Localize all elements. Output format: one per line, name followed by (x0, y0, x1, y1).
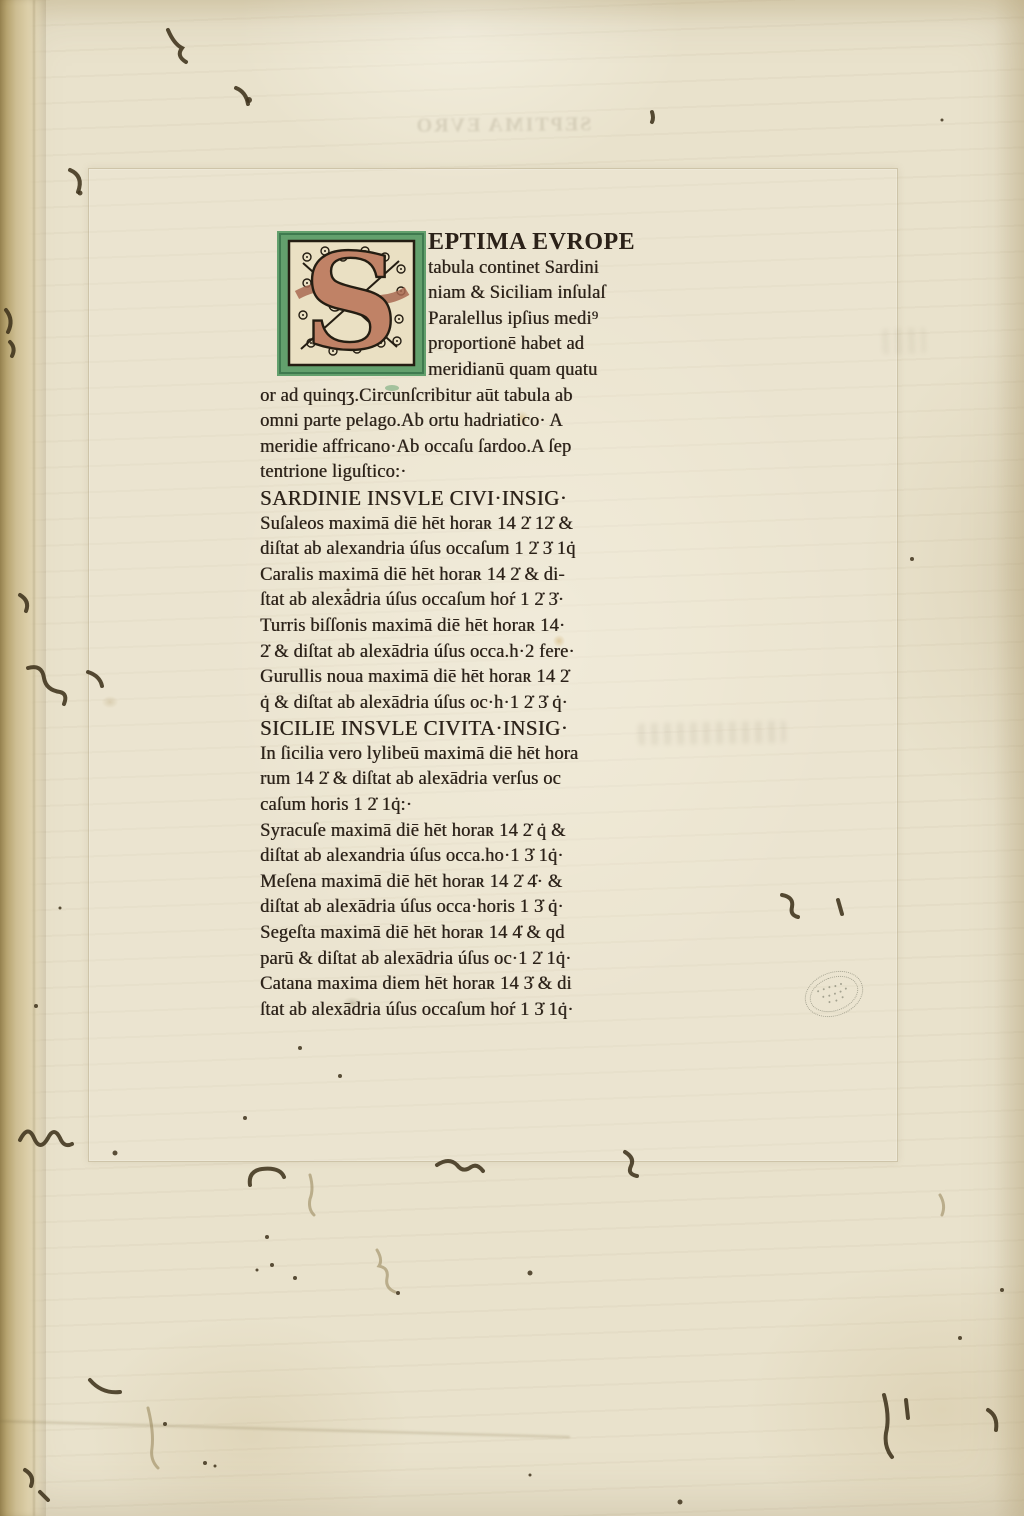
text-line: tabula continet Sardini (428, 256, 632, 282)
text-line: meridianū quam quatu (428, 358, 632, 384)
book-page-scan: SEPTIMA EVRO S EPTIMA EVROPEtabula c (0, 0, 1024, 1516)
text-line: Syracuſe maximā diē hēt horaʀ 14 2̇ q̇ & (260, 819, 632, 845)
text-line: EPTIMA EVROPE (428, 230, 632, 256)
text-line: or ad quinqʒ.Circunſcribitur aūt tabula … (260, 384, 632, 410)
text-line: 2̇ & diſtat ab alexādria úſus occa.h·2 f… (260, 640, 632, 666)
text-column: EPTIMA EVROPEtabula continet Sardininiam… (260, 230, 632, 1023)
showthrough-smudge (882, 327, 927, 355)
text-line: Catana maxima diem hēt horaʀ 14 3̇ & di (260, 972, 632, 998)
text-line: omni parte pelago.Ab ortu hadriatico· A (260, 409, 632, 435)
text-line: Segeſta maximā diē hēt horaʀ 14 4̇ & qd (260, 921, 632, 947)
text-line: parū & diſtat ab alexādria úſus oc·1 2̇ … (260, 947, 632, 973)
text-line: ſtat ab alexādria úſus occaſum hoŕ 1 2̇ … (260, 588, 632, 614)
text-line: diſtat ab alexandria úſus occa.ho·1 3̇ 1… (260, 844, 632, 870)
text-line: proportionē habet ad (428, 332, 632, 358)
showthrough-title: SEPTIMA EVRO (368, 113, 638, 138)
text-line: In ſicilia vero lylibeū maximā diē hēt h… (260, 742, 632, 768)
text-line: tentrione liguſtico:· (260, 460, 632, 486)
text-line: SICILIE INSVLE CIVITA·INSIG· (260, 716, 632, 742)
text-line: Paralellus ipſius medi⁹ (428, 307, 632, 333)
text-line: Gurullis noua maximā diē hēt horaʀ 14 2̇ (260, 665, 632, 691)
text-line: SARDINIE INSVLE CIVI·INSIG· (260, 486, 632, 512)
text-line: niam & Siciliam inſulaſ (428, 281, 632, 307)
text-line: Suſaleos maximā diē hēt horaʀ 14 2̇ 12̇ … (260, 512, 632, 538)
showthrough-smudge (638, 721, 786, 746)
text-line: Meſena maximā diē hēt horaʀ 14 2̇ 4̇· & (260, 870, 632, 896)
vertical-crease (33, 0, 35, 1516)
text-line: caſum horis 1 2̇ 1q̇:· (260, 793, 632, 819)
text-line: meridie affricano·Ab occaſu ſardoo.A ſep (260, 435, 632, 461)
text-line: diſtat ab alexādria úſus occa·horis 1 3̇… (260, 895, 632, 921)
text-line: ſtat ab alexādria úſus occaſum hoŕ 1 3̇ … (260, 998, 632, 1024)
text-line: rum 14 2̇ & diſtat ab alexādria verſus o… (260, 767, 632, 793)
binding-edge (0, 0, 46, 1516)
text-line: diſtat ab alexandria úſus occaſum 1 2̇ 3… (260, 537, 632, 563)
text-line: q̇ & diſtat ab alexādria úſus oc·h·1 2̇ … (260, 691, 632, 717)
text-line: Turris biſſonis maximā diē hēt horaʀ 14· (260, 614, 632, 640)
text-line: Caralis maximā diē hēt horaʀ 14 2̇ & di- (260, 563, 632, 589)
